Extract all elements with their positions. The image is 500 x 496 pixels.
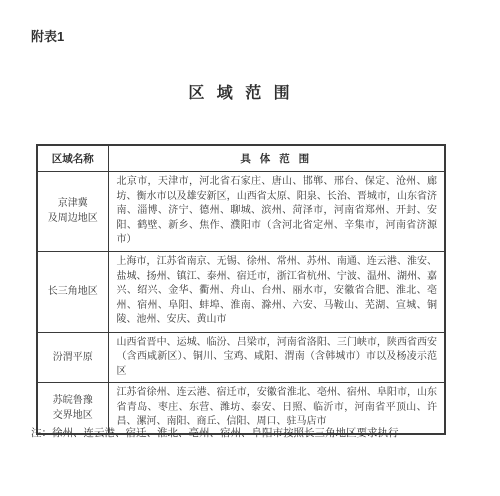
- doc-label: 附表1: [31, 26, 64, 45]
- page-title: 区 域 范 围: [36, 80, 446, 103]
- region-name-line: 长三角地区: [38, 284, 108, 299]
- region-name-line: 及周边地区: [38, 211, 108, 226]
- document-page: 附表1 区 域 范 围 区域名称 具 体 范 围 京津冀 及周边地区 北京市，天…: [0, 0, 500, 496]
- region-name-cell: 京津冀 及周边地区: [37, 172, 108, 252]
- table-row: 苏皖鲁豫 交界地区 江苏省徐州、连云港、宿迁市，安徽省淮北、亳州、宿州、阜阳市，…: [37, 383, 445, 434]
- column-header-region-name: 区域名称: [37, 145, 108, 172]
- table-row: 长三角地区 上海市，江苏省南京、无锡、徐州、常州、苏州、南通、连云港、淮安、盐城…: [37, 251, 445, 332]
- region-name-line: 汾渭平原: [38, 350, 108, 365]
- region-name-cell: 长三角地区: [37, 251, 108, 332]
- region-scope-cell: 上海市，江苏省南京、无锡、徐州、常州、苏州、南通、连云港、淮安、盐城、扬州、镇江…: [108, 251, 445, 332]
- region-name-line: 京津冀: [38, 196, 108, 211]
- table-row: 京津冀 及周边地区 北京市，天津市，河北省石家庄、唐山、邯郸、邢台、保定、沧州、…: [37, 172, 445, 252]
- region-scope-cell: 山西省晋中、运城、临汾、吕梁市，河南省洛阳、三门峡市，陕西省西安（含西咸新区）、…: [108, 332, 445, 383]
- table-header-row: 区域名称 具 体 范 围: [37, 145, 445, 172]
- region-scope-cell: 北京市，天津市，河北省石家庄、唐山、邯郸、邢台、保定、沧州、廊坊、衡水市以及雄安…: [108, 172, 445, 252]
- region-name-line: 苏皖鲁豫: [38, 393, 108, 408]
- table-row: 汾渭平原 山西省晋中、运城、临汾、吕梁市，河南省洛阳、三门峡市，陕西省西安（含西…: [37, 332, 445, 383]
- region-name-cell: 汾渭平原: [37, 332, 108, 383]
- region-scope-table: 区域名称 具 体 范 围 京津冀 及周边地区 北京市，天津市，河北省石家庄、唐山…: [36, 144, 446, 435]
- column-header-specific-scope: 具 体 范 围: [108, 145, 445, 172]
- footnote: 注：徐州、连云港、宿迁、淮北、亳州、宿州、阜阳市按照长三角地区要求执行: [31, 427, 471, 441]
- region-name-line: 交界地区: [38, 408, 108, 423]
- region-scope-cell: 江苏省徐州、连云港、宿迁市，安徽省淮北、亳州、宿州、阜阳市，山东省青岛、枣庄、东…: [108, 383, 445, 434]
- region-name-cell: 苏皖鲁豫 交界地区: [37, 383, 108, 434]
